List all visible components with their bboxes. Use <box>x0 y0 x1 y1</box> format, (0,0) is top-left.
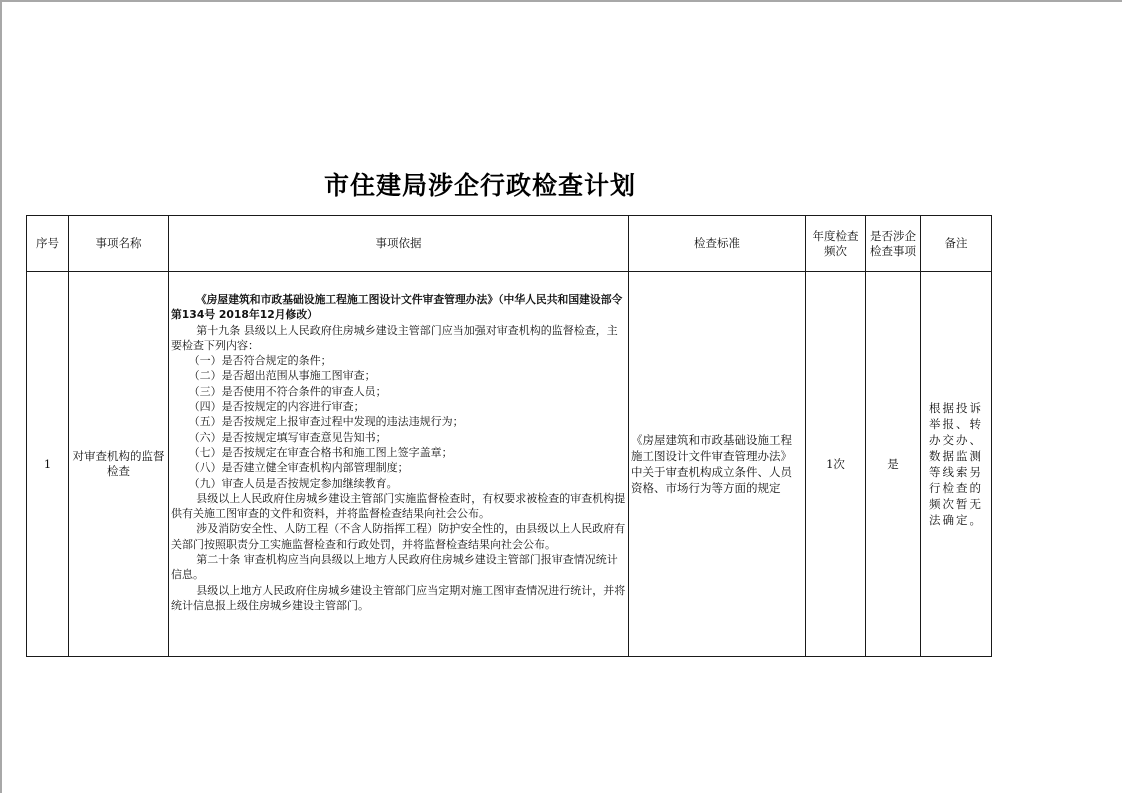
header-basis: 事项依据 <box>169 216 629 272</box>
basis-paragraph: 县级以上地方人民政府住房城乡建设主管部门应当定期对施工图审查情况进行统计，并将统… <box>171 583 626 614</box>
cell-involves-enterprise: 是 <box>866 272 921 657</box>
basis-item: （五）是否按规定上报审查过程中发现的违法违规行为； <box>171 414 626 429</box>
cell-item-name: 对审查机构的监督检查 <box>69 272 169 657</box>
basis-item: （三）是否使用不符合条件的审查人员； <box>171 384 626 399</box>
basis-paragraph: 县级以上人民政府住房城乡建设主管部门实施监督检查时，有权要求被检查的审查机构提供… <box>171 491 626 522</box>
cell-basis: 《房屋建筑和市政基础设施工程施工图设计文件审查管理办法》（中华人民共和国建设部令… <box>169 272 629 657</box>
basis-article-19: 第十九条 县级以上人民政府住房城乡建设主管部门应当加强对审查机构的监督检查，主要… <box>171 323 626 354</box>
header-item-name: 事项名称 <box>69 216 169 272</box>
basis-item: （二）是否超出范围从事施工图审查； <box>171 368 626 383</box>
page-title: 市住建局涉企行政检查计划 <box>300 166 660 202</box>
basis-item: （七）是否按规定在审查合格书和施工图上签字盖章； <box>171 445 626 460</box>
basis-paragraph: 涉及消防安全性、人防工程（不含人防指挥工程）防护安全性的，由县级以上人民政府有关… <box>171 521 626 552</box>
table-row: 1 对审查机构的监督检查 《房屋建筑和市政基础设施工程施工图设计文件审查管理办法… <box>27 272 992 657</box>
cell-remarks: 根据投诉举报、转办交办、数据监测等线索另行检查的频次暂无法确定。 <box>921 272 992 657</box>
basis-item: （八）是否建立健全审查机构内部管理制度； <box>171 460 626 475</box>
header-frequency: 年度检查频次 <box>806 216 866 272</box>
basis-item: （六）是否按规定填写审查意见告知书； <box>171 430 626 445</box>
header-index: 序号 <box>27 216 69 272</box>
cell-standard: 《房屋建筑和市政基础设施工程施工图设计文件审查管理办法》中关于审查机构成立条件、… <box>629 272 806 657</box>
header-standard: 检查标准 <box>629 216 806 272</box>
basis-item: （四）是否按规定的内容进行审查； <box>171 399 626 414</box>
basis-document-title: 《房屋建筑和市政基础设施工程施工图设计文件审查管理办法》（中华人民共和国建设部令… <box>171 292 626 323</box>
cell-index: 1 <box>27 272 69 657</box>
header-involves-enterprise: 是否涉企检查事项 <box>866 216 921 272</box>
inspection-plan-table: 序号 事项名称 事项依据 检查标准 年度检查频次 是否涉企检查事项 备注 1 对… <box>26 215 992 657</box>
basis-item: （九）审查人员是否按规定参加继续教育。 <box>171 476 626 491</box>
header-remarks: 备注 <box>921 216 992 272</box>
table-header-row: 序号 事项名称 事项依据 检查标准 年度检查频次 是否涉企检查事项 备注 <box>27 216 992 272</box>
basis-article-20: 第二十条 审查机构应当向县级以上地方人民政府住房城乡建设主管部门报审查情况统计信… <box>171 552 626 583</box>
cell-frequency: 1次 <box>806 272 866 657</box>
basis-item: （一）是否符合规定的条件； <box>171 353 626 368</box>
